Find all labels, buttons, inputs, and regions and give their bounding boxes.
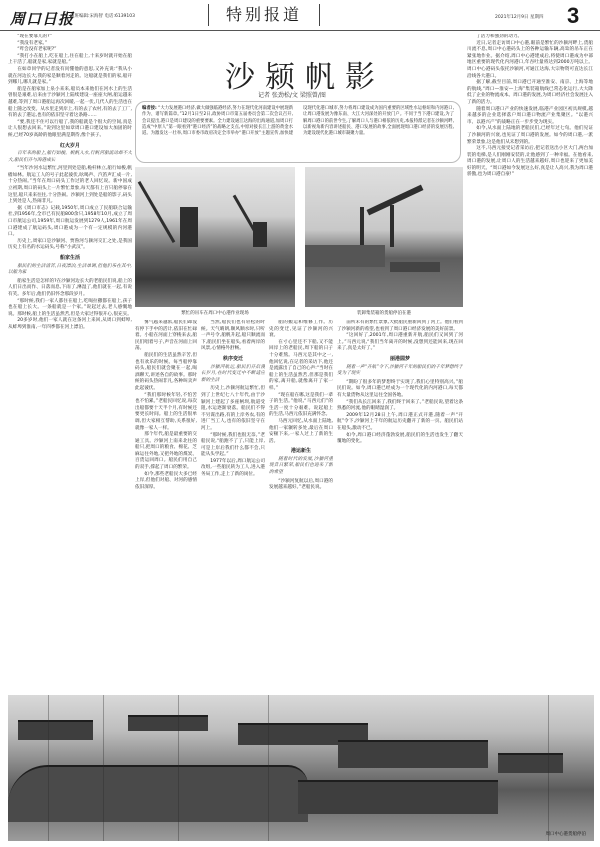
section-subheading: 红火岁月: [8, 143, 132, 150]
text-column-5: 前所未有的繁忙景象,大批船民重新回到了河上。他们看到了沙颍河新的希望,也看到了周…: [337, 320, 463, 688]
paragraph: 在如章同学的记者没有问懂他的意思,又补充说:“我从小就在河边长大,我的家是顺着河…: [8, 67, 132, 87]
gantry-crane-shape: [367, 185, 424, 216]
boat-shape: [498, 753, 563, 773]
paragraph: 那个年代,船是最重要的交通工具。沙颍河上南来北往的船只,把周口的粮食、棉花、芝麻…: [135, 432, 197, 472]
text-column-6: 了活力和强劲的动力。近日,记者走访周口中心港,眼前是繁忙的沙颍河畔上,货船川流不…: [467, 34, 593, 689]
section-subheading: 丽港圆梦: [337, 356, 463, 363]
paragraph: 了活力和强劲的动力。: [467, 34, 593, 41]
crane-shape: [138, 181, 176, 243]
tree-branch: [103, 695, 104, 841]
paragraph: 历史上,沙颍河航运繁忙,但到了上世纪七八十年代,由于沙颍河上建起了多座闸坝,航道…: [201, 386, 265, 432]
paragraph: 船民们的生活虽然辛苦,但也有欢乐的时候。每当船停靠码头,船民们就会聚在一起,喝酒…: [135, 353, 197, 393]
paragraph: 2009年12月28日上午,周口港正式开港,随着一声“开航”令下,沙颍河上千年的…: [337, 413, 463, 433]
editor-note-box: 编者按: “大力发展港口经济,做大做强临港经济,努力在现代化河南建设中展现新作为…: [135, 101, 461, 163]
section-lead: 随着时代的发展,沙颍河重现昔日繁荣,船民们也迎来了新的希望: [269, 457, 333, 477]
boat-shape: [338, 740, 488, 768]
text-column-2: 雾气越来越浓,船民们却没有停下手中的活计,依旧在忙碌着。小船在河面上穿梭来去,船…: [135, 320, 197, 688]
crane-shape: [180, 207, 198, 247]
tree-branch: [548, 695, 549, 841]
tree-branch: [48, 695, 49, 841]
barge-shape: [390, 262, 440, 272]
barge-cargo-shape: [8, 765, 308, 822]
paragraph: “期盼了很多年的梦想终于实现了,我们心里特别高兴。”船民们说。如今,周口港已经成…: [337, 380, 463, 400]
paragraph: 近日,记者走访周口中心港,眼前是繁忙的沙颍河畔上,货船川流不息,周口中心港码头上…: [467, 41, 593, 81]
paragraph: “咋会没有老家呢?”: [8, 47, 132, 54]
paragraph: 雾气越来越浓,船民们却没有停下手中的活计,依旧在忙碌着。小船在河面上穿梭来去,船…: [135, 320, 197, 353]
paragraph: 如今,那些老船民大多已经上岸,但他们对船、对河的感情依旧深厚。: [135, 472, 197, 492]
text-column-3: 当然,船民们也有轻松的时候。天气晴朗,顺风顺水时,只听一声号令,船帆升起,船只顺…: [201, 320, 265, 688]
paragraph: 据《周口市志》记载,1950年,周口成立了民船联合运输社,到1956年,全市已有…: [8, 206, 132, 239]
photo-caption-right: 装卸集装箱的货船停泊在港: [305, 310, 463, 316]
dock-shape: [305, 245, 385, 267]
text-column-1: “现在要靠儿的?”“我没有老家。”“咋会没有老家呢?”“我打小在船上,吃在船上,…: [8, 34, 132, 689]
article-byline: 记者 张劲松/文 梁照曾/图: [258, 90, 326, 99]
paragraph: 当然,船民们也有轻松的时候。天气晴朗,顺风顺水时,只听一声号令,船帆升起,船只顺…: [201, 320, 265, 353]
section-lead: 百年来的船上,船行如梭。帆帆入水,行帆河船流动却不大大,船民们开与海港成长: [8, 151, 132, 164]
paragraph: 历史上,周家口是沙颍河、贾鲁河与颍河交汇之处,是我国历史上有名的水运码头,号称“…: [8, 239, 132, 252]
paragraph: “那时候,我们一家人都住在船上,吃喝拉撒都在船上,孩子也在船上长大。一条船就是一…: [8, 299, 132, 319]
paragraph: “我打小在船上,吃在船上,住在船上,十来岁时就开始在船上干活了,船就是家,家就是…: [8, 54, 132, 67]
paragraph: 随着周口港口产业的快速发展,临港产业园区初具规模,越来越多的企业选择落户周口港口…: [467, 107, 593, 127]
photo-gantry-right: [305, 167, 463, 307]
tree-branch: [268, 695, 269, 841]
paragraph: 在寸心里还不下船,又不能回岸上的老船民,周下船的日子十分难熬。马西元是其中之一,…: [269, 340, 333, 393]
boat-shape: [18, 720, 93, 740]
paragraph: “沙颍河复航以后,周口港的发展越来越好。”老船民说。: [269, 479, 333, 492]
paragraph: 船的搬运和维修工作。历史的变迁,见证了沙颍河的兴衰。: [269, 320, 333, 340]
paragraph: 1977年以后,周口航运公司改组,一些船民转为工人,进入港务局工作,走上了新的岗…: [201, 459, 265, 479]
paragraph: “那时候,我们也很无奈。”老船民说,“船跑不了了,只能上岸,可是上岸后我们什么都…: [201, 433, 265, 459]
crane-shape: [253, 222, 267, 247]
photo-credit: 周口中心港货船停泊: [546, 831, 587, 837]
section-lead: 随着一声“开航”令下,沙颍河千年的船民们的千年梦想终于变为了现实: [337, 365, 463, 378]
editor-note-label: 编者按:: [142, 106, 157, 111]
issue-date: 2021年12月9日 星期四: [495, 14, 543, 20]
paragraph: “当年沙河水运繁忙,河里到处是船,桅杆林立,船行如梭,帆樯如林。航运工人的号子此…: [8, 166, 132, 206]
section-subheading: 船家生活: [8, 255, 132, 262]
paragraph: 如今,周口港口经济蓬勃发展,船民们的生活也发生了翻天覆地的变化。: [337, 433, 463, 446]
paragraph: 船家生活是怎样的?在沙颍河边长大的老船民们说,船上的人们日出而作、日落而息,下雨…: [8, 279, 132, 299]
section-subheading: 港运新生: [269, 448, 333, 455]
paragraph: 据了解,截至目前,周口港已开通至淮安、南京、上海等地的航线,“周口—淮安—上海”…: [467, 80, 593, 106]
editor-note-text: “大力发展港口经济,做大做强临港经济,努力在现代化河南建设中展现新作为、谱写新篇…: [142, 106, 454, 136]
section-subheading: 秩序变迁: [201, 356, 265, 363]
paragraph: 马西元回忆,从水面上陆地,他们一家辗转多处,最后在周口安顿下来,一家人过上了新的…: [269, 419, 333, 445]
paragraph: “要,我还不住可以行船了,我的船就是个很大的空间,真是让人很想去回来。”说到这里…: [8, 120, 132, 140]
photo-boats-river: 周口中心港货船停泊: [8, 695, 594, 841]
paragraph: 船是在船家加上泉小来来,船员本来他们在河水上的生活曾很是艰难,后来由于沙颍河上陆…: [8, 87, 132, 120]
page-number: 3: [567, 3, 579, 29]
gantry-crane-shape: [390, 205, 394, 247]
tree-branch: [178, 695, 179, 841]
boat-shape: [128, 715, 208, 731]
paragraph: “我们那时候年轻,不怕苦也不怕累。”老船民回忆说,每次出船都要十天半个月,有时候…: [135, 393, 197, 433]
paragraph: 20多岁时,他们一家人就在这条河上来回,从周口到蚌埠,从蚌埠到淮南,一年四季都在…: [8, 318, 132, 331]
editor-info: 值班编辑:宋海智 电话:6139103: [70, 13, 135, 19]
masthead: 周口日报 值班编辑:宋海智 电话:6139103 特别报道 2021年12月9日…: [0, 0, 600, 31]
photo-caption-left: 繁忙的吊车在周口中心港作业现场: [135, 310, 295, 316]
paragraph: “我们从长江回来了,我们终于回来了。”老船民说,望着这条熟悉的河流,他的眼睛湿润…: [337, 400, 463, 413]
paragraph: “现在船在哪,这是我们一辈子的生活。”他说,“马西元们”的生活一度十分艰难。说起…: [269, 393, 333, 419]
newspaper-logo: 周口日报: [10, 8, 74, 29]
section-lead: 沙颍河航运,船民们开启漫长岁月,在时代变迁中不断适应新的生活: [201, 365, 265, 385]
gantry-crane-shape: [360, 207, 364, 247]
section-lead: 船民们的生活清苦,日夜漂泊,生活单调,但他们乐在其中,以船为家: [8, 264, 132, 277]
paragraph: “这回好了,2001年,周口港重新开航,船民们又回到了河上。”马西元说,“我们当…: [337, 333, 463, 353]
photo-cranes-left: [135, 167, 295, 307]
paragraph: 如今,从水面上陆地的老船民们,已经年过七旬。他们见证了沙颍河的兴衰,也见证了周口…: [467, 126, 593, 146]
paragraph: 这不,马西元接受记者采访后,把记者送出小区大门,两台加装的电梯,是人们刚刚安装的…: [467, 146, 593, 179]
section-title: 特别报道: [208, 4, 320, 26]
paragraph: “现在要靠儿的?”: [8, 34, 132, 41]
text-column-4: 船的搬运和维修工作。历史的变迁,见证了沙颍河的兴衰。在寸心里还不下船,又不能回岸…: [269, 320, 333, 688]
boat-shape: [298, 780, 498, 814]
paragraph: 前所未有的繁忙景象,大批船民重新回到了河上。他们看到了沙颍河新的希望,也看到了周…: [337, 320, 463, 333]
